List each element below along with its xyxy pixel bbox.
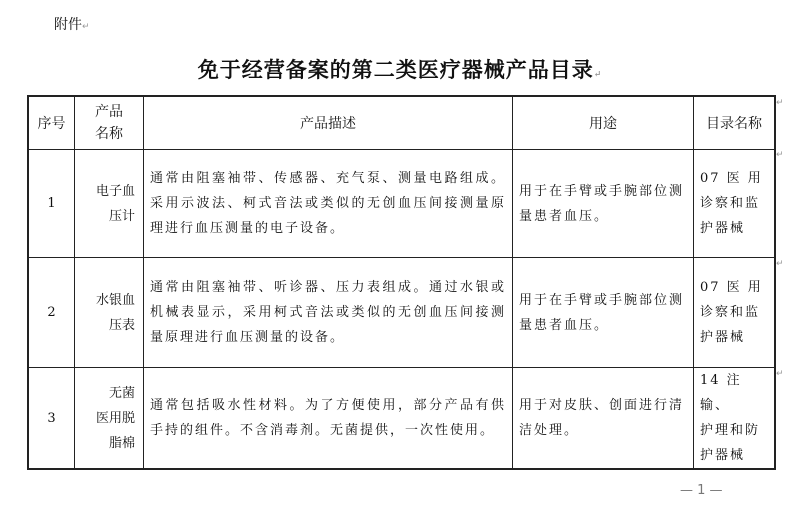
paragraph-mark-icon: ↵	[594, 70, 603, 80]
row-usage: 用于对皮肤、创面进行清洁处理。	[513, 368, 694, 470]
header-index: 序号	[28, 96, 75, 150]
row-product-name: 水银血 压表	[75, 258, 144, 368]
row-description: 通常由阻塞袖带、传感器、充气泵、测量电路组成。采用示波法、柯式音法或类似的无创血…	[144, 150, 513, 258]
row-catalog: 07 医 用 诊察和监 护器械	[694, 150, 776, 258]
paragraph-mark-icon: ↵	[82, 22, 90, 32]
header-product-name: 产品 名称	[75, 96, 144, 150]
page-number: — 1 —	[680, 483, 723, 498]
page-title: 免于经营备案的第二类医疗器械产品目录↵	[0, 54, 800, 84]
table-row: 3 无菌 医用脱 脂棉 通常包括吸水性材料。为了方便使用，部分产品有供手持的组件…	[28, 368, 775, 470]
paragraph-mark-icon: ↵	[776, 369, 784, 379]
attachment-label: 附件↵	[54, 14, 90, 34]
row-index: 2	[28, 258, 75, 368]
table-header-row: 序号 产品 名称 产品描述 用途 目录名称	[28, 96, 775, 150]
product-catalog-table: 序号 产品 名称 产品描述 用途 目录名称 1 电子血 压计 通常由阻塞袖带、传…	[27, 95, 776, 470]
paragraph-mark-icon: ↵	[776, 259, 784, 269]
row-catalog: 14 注输、 护理和防 护器械	[694, 368, 776, 470]
row-usage: 用于在手臂或手腕部位测量患者血压。	[513, 150, 694, 258]
table-row: 1 电子血 压计 通常由阻塞袖带、传感器、充气泵、测量电路组成。采用示波法、柯式…	[28, 150, 775, 258]
row-usage: 用于在手臂或手腕部位测量患者血压。	[513, 258, 694, 368]
header-description: 产品描述	[144, 96, 513, 150]
row-index: 1	[28, 150, 75, 258]
paragraph-mark-icon: ↵	[776, 98, 784, 108]
row-catalog: 07 医 用 诊察和监 护器械	[694, 258, 776, 368]
row-product-name: 电子血 压计	[75, 150, 144, 258]
header-usage: 用途	[513, 96, 694, 150]
header-catalog: 目录名称	[694, 96, 776, 150]
row-index: 3	[28, 368, 75, 470]
row-description: 通常包括吸水性材料。为了方便使用，部分产品有供手持的组件。不含消毒剂。无菌提供，…	[144, 368, 513, 470]
row-description: 通常由阻塞袖带、听诊器、压力表组成。通过水银或机械表显示，采用柯式音法或类似的无…	[144, 258, 513, 368]
table-row: 2 水银血 压表 通常由阻塞袖带、听诊器、压力表组成。通过水银或机械表显示，采用…	[28, 258, 775, 368]
row-product-name: 无菌 医用脱 脂棉	[75, 368, 144, 470]
paragraph-mark-icon: ↵	[776, 150, 784, 160]
